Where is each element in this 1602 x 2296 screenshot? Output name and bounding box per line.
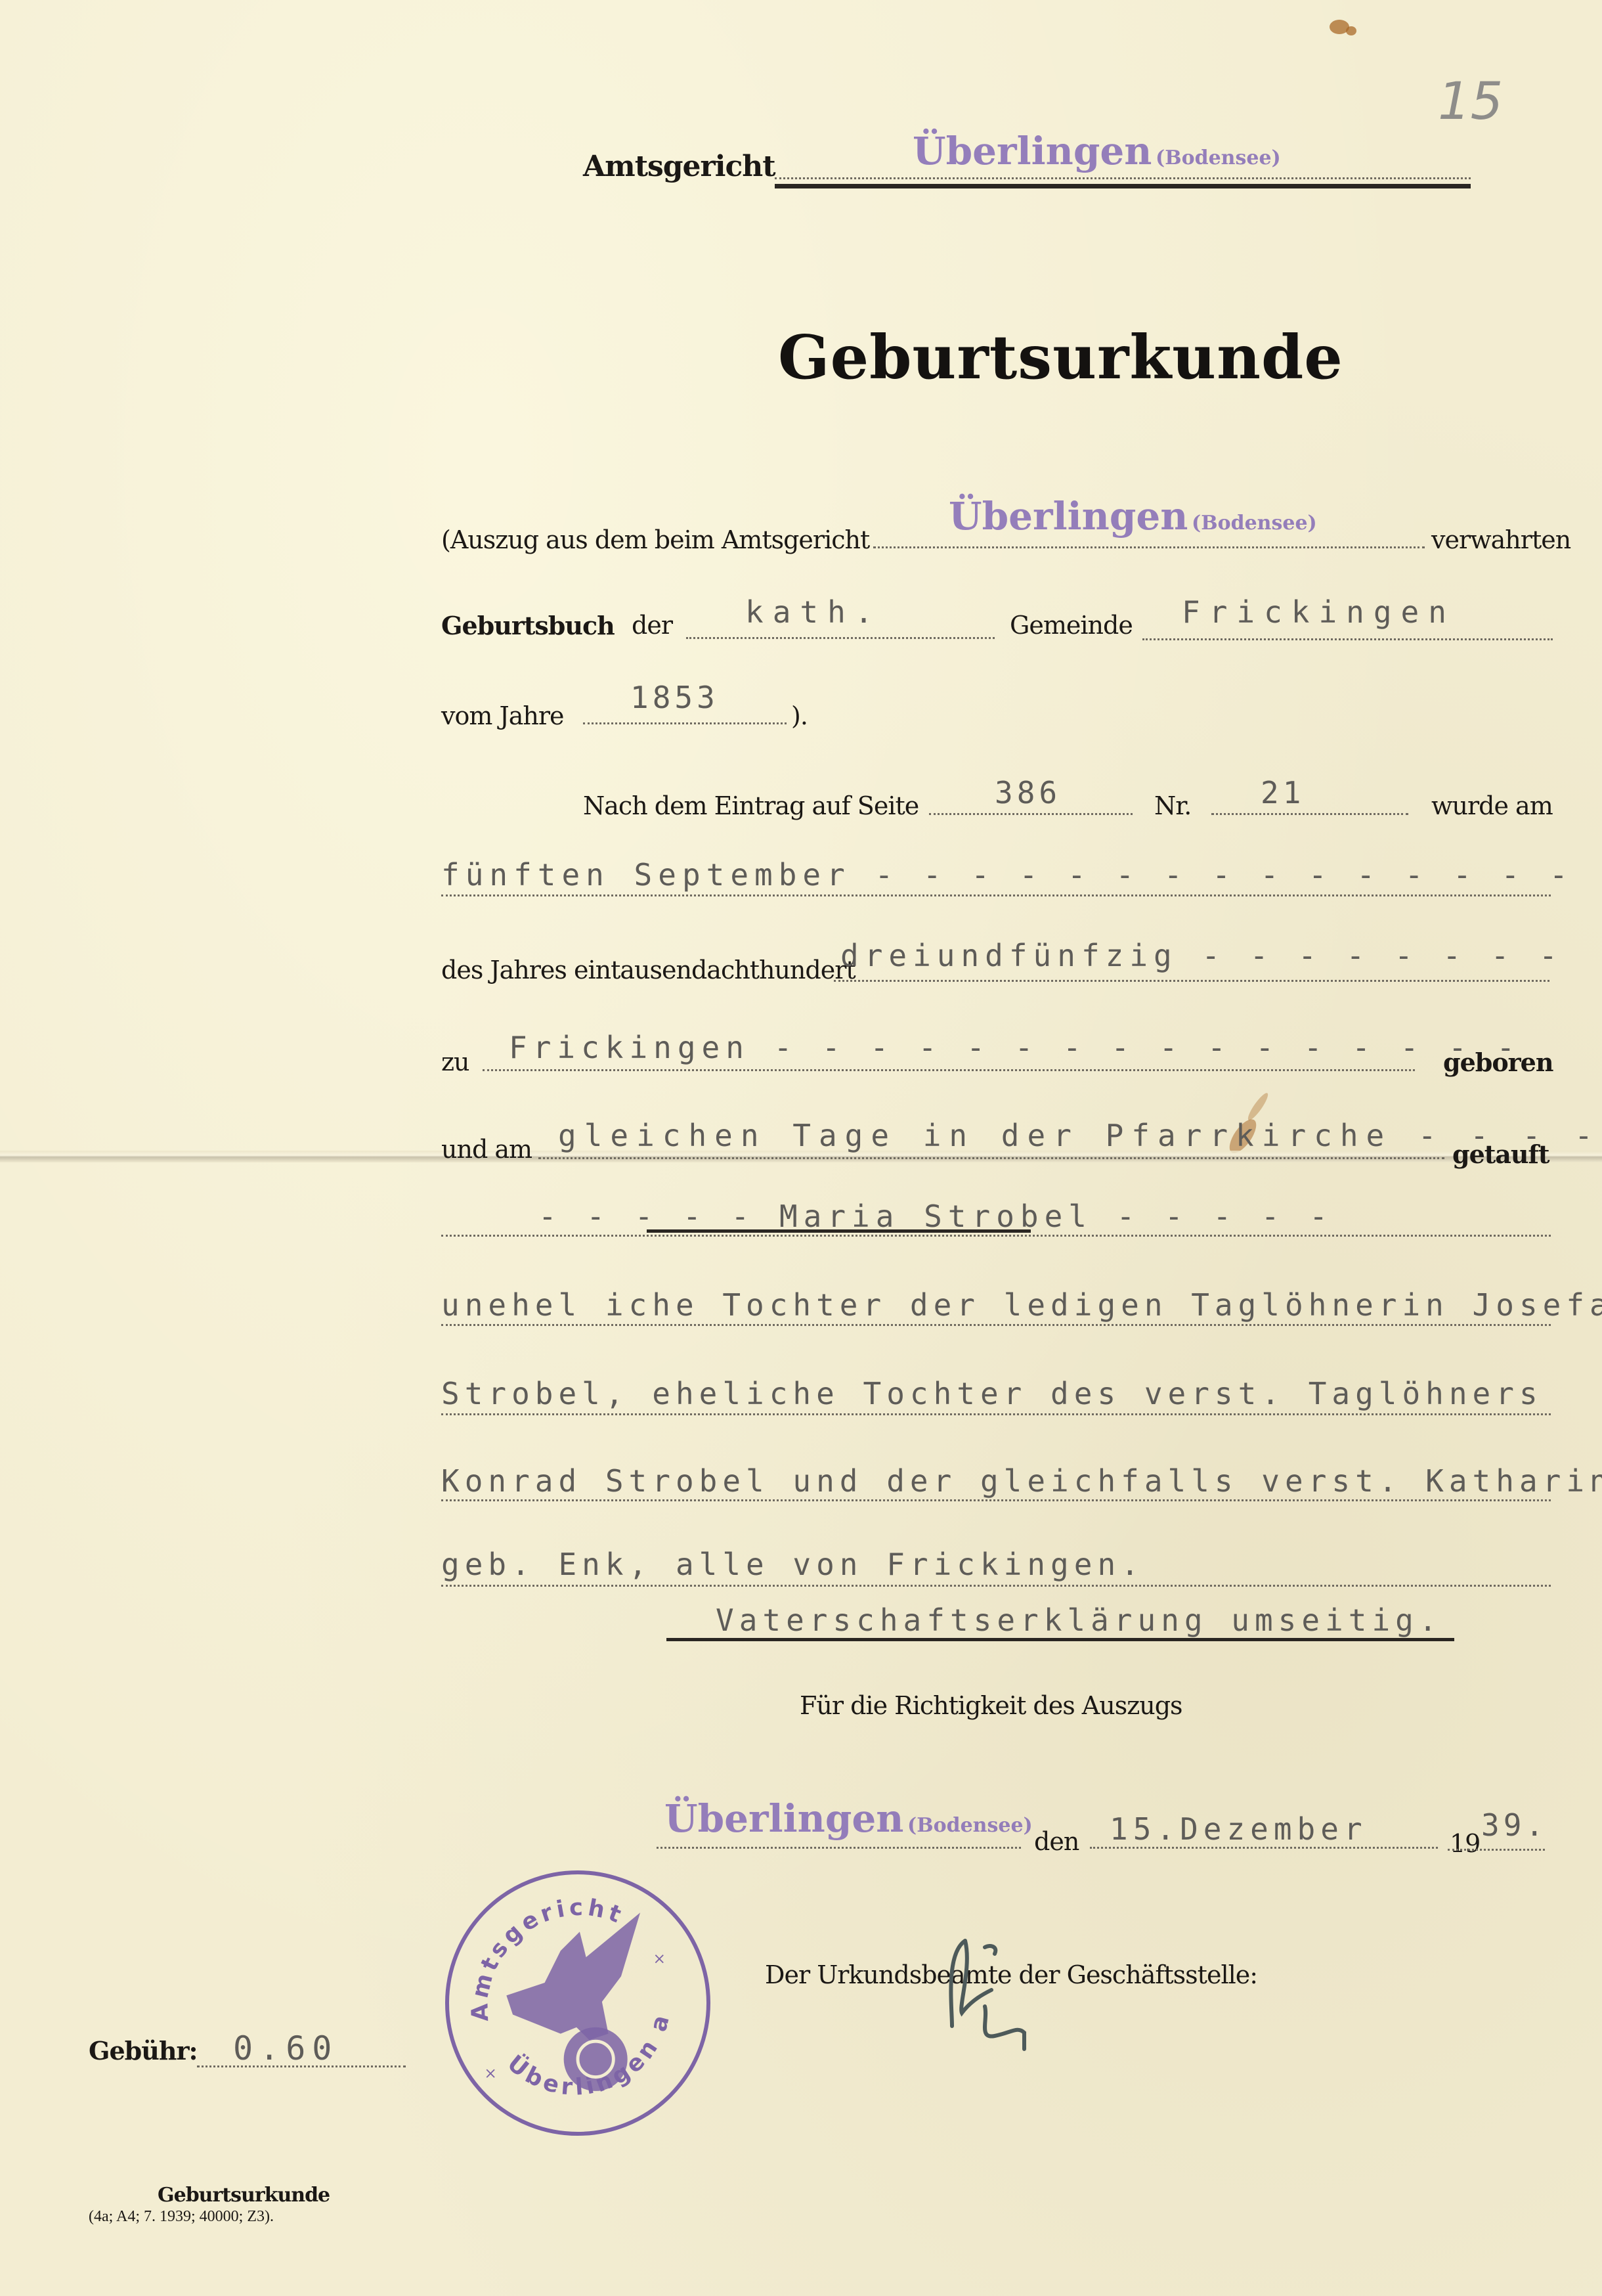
court-label: Amtsgericht: [583, 150, 775, 183]
entry-number-value: 21: [1261, 775, 1305, 810]
birth-year-field-dots: [834, 980, 1549, 982]
court-stamp-city: Überlingen: [913, 129, 1152, 173]
extract-prefix: (Auszug aus dem beim Amtsgericht: [441, 525, 869, 554]
seal-emblem-icon: Amtsgericht Überlingen a.S. × ×: [449, 1874, 706, 2132]
baptism-prefix: und am: [441, 1135, 532, 1164]
court-stamp-region: (Bodensee): [1156, 146, 1281, 169]
archive-court-stamp-city: Überlingen: [949, 494, 1188, 539]
birth-certificate-page: 15 Amtsgericht Überlingen (Bodensee) Geb…: [0, 0, 1602, 2296]
entry-suffix: wurde am: [1431, 791, 1553, 820]
detail-line-4: geb. Enk, alle von Frickingen.: [441, 1547, 1144, 1582]
register-year-field-dots: [583, 722, 787, 724]
birthplace-field-dots: [483, 1069, 1415, 1071]
baptized-label: getauft: [1452, 1139, 1549, 1169]
place-stamp: Überlingen (Bodensee): [664, 1796, 1033, 1841]
birthplace-prefix: zu: [441, 1048, 469, 1076]
svg-text:×: ×: [653, 1950, 665, 1968]
den-label: den: [1034, 1827, 1079, 1856]
birth-date-value: fünften September - - - - - - - - - - - …: [441, 857, 1574, 893]
place-stamp-region: (Bodensee): [907, 1814, 1033, 1837]
detail-line-3: Konrad Strobel und der gleichfalls verst…: [441, 1463, 1602, 1499]
detail-line-1: unehel iche Tochter der ledigen Taglöhne…: [441, 1287, 1602, 1323]
place-field-dots: [657, 1847, 1021, 1849]
issue-year-suffix: 39.: [1481, 1807, 1548, 1843]
archive-court-stamp: Überlingen (Bodensee): [949, 494, 1317, 539]
issue-year-field-dots: [1448, 1849, 1545, 1851]
register-year-value: 1853: [630, 680, 719, 715]
issue-date-field-dots: [1090, 1847, 1438, 1849]
municipality-value: Frickingen: [1182, 594, 1456, 630]
form-footer-code: (4a; A4; 7. 1939; 40000; Z3).: [89, 2208, 274, 2226]
archive-court-stamp-region: (Bodensee): [1192, 512, 1317, 535]
fee-label: Gebühr:: [89, 2036, 198, 2065]
detail-line-2-dots: [441, 1413, 1551, 1415]
baptism-field-dots: [538, 1157, 1444, 1159]
detail-line-4-dots: [441, 1585, 1551, 1587]
birth-date-field-dots: [441, 894, 1551, 896]
birthplace-value: Frickingen - - - - - - - - - - - - - - -…: [509, 1030, 1521, 1065]
child-name-underline: [647, 1229, 1031, 1233]
birth-year-prefix: des Jahres eintausendachthundert: [441, 956, 855, 984]
child-name-value: - - - - - Maria Strobel - - - - -: [538, 1199, 1333, 1234]
entry-prefix: Nach dem Eintrag auf Seite: [583, 791, 919, 820]
birth-year-value: dreiundfünfzig - - - - - - - -: [840, 938, 1563, 973]
year-label: vom Jahre: [441, 701, 563, 730]
entry-number-label: Nr.: [1154, 791, 1191, 820]
form-footer-title: Geburtsurkunde: [158, 2184, 330, 2207]
paternity-note-underline: [666, 1638, 1454, 1641]
svg-text:×: ×: [484, 2064, 497, 2082]
court-stamp: Überlingen (Bodensee): [913, 129, 1281, 173]
child-name-field-dots: [441, 1235, 1551, 1237]
birth-register-label: Geburtsbuch: [441, 611, 615, 640]
born-label: geboren: [1443, 1048, 1553, 1077]
year-close: ).: [791, 701, 808, 730]
detail-line-3-dots: [441, 1499, 1551, 1501]
court-field-underline: [775, 184, 1471, 188]
confession-value: kath.: [745, 594, 882, 630]
extract-suffix: verwahrten: [1431, 525, 1570, 554]
fee-field-dots: [197, 2065, 406, 2067]
municipality-label: Gemeinde: [1010, 611, 1133, 640]
issue-year-prefix: 19: [1450, 1829, 1480, 1858]
entry-page-field-dots: [929, 813, 1133, 815]
court-field-dots: [775, 177, 1471, 179]
certification-label: Für die Richtigkeit des Auszugs: [800, 1691, 1182, 1720]
entry-number-field-dots: [1211, 813, 1408, 815]
municipality-field-dots: [1142, 638, 1553, 640]
registrar-signature: [932, 1928, 1064, 2059]
archive-court-field-dots: [873, 546, 1425, 548]
detail-line-2: Strobel, eheliche Tochter des verst. Tag…: [441, 1376, 1543, 1411]
paternity-note: Vaterschaftserklärung umseitig.: [716, 1602, 1442, 1638]
rust-stain-top-2: [1346, 26, 1356, 35]
place-stamp-city: Überlingen: [664, 1796, 903, 1841]
fee-value: 0.60: [233, 2029, 338, 2067]
confession-field-dots: [686, 637, 995, 639]
document-title: Geburtsurkunde: [778, 322, 1343, 393]
detail-line-1-dots: [441, 1324, 1551, 1326]
pencil-page-number: 15: [1438, 72, 1503, 131]
entry-page-value: 386: [995, 775, 1061, 810]
baptism-value: gleichen Tage in der Pfarrkirche - - - -: [558, 1118, 1601, 1153]
der-label: der: [632, 611, 672, 640]
issue-date-value: 15.Dezember: [1110, 1811, 1368, 1847]
official-seal: Amtsgericht Überlingen a.S. × ×: [445, 1870, 710, 2136]
